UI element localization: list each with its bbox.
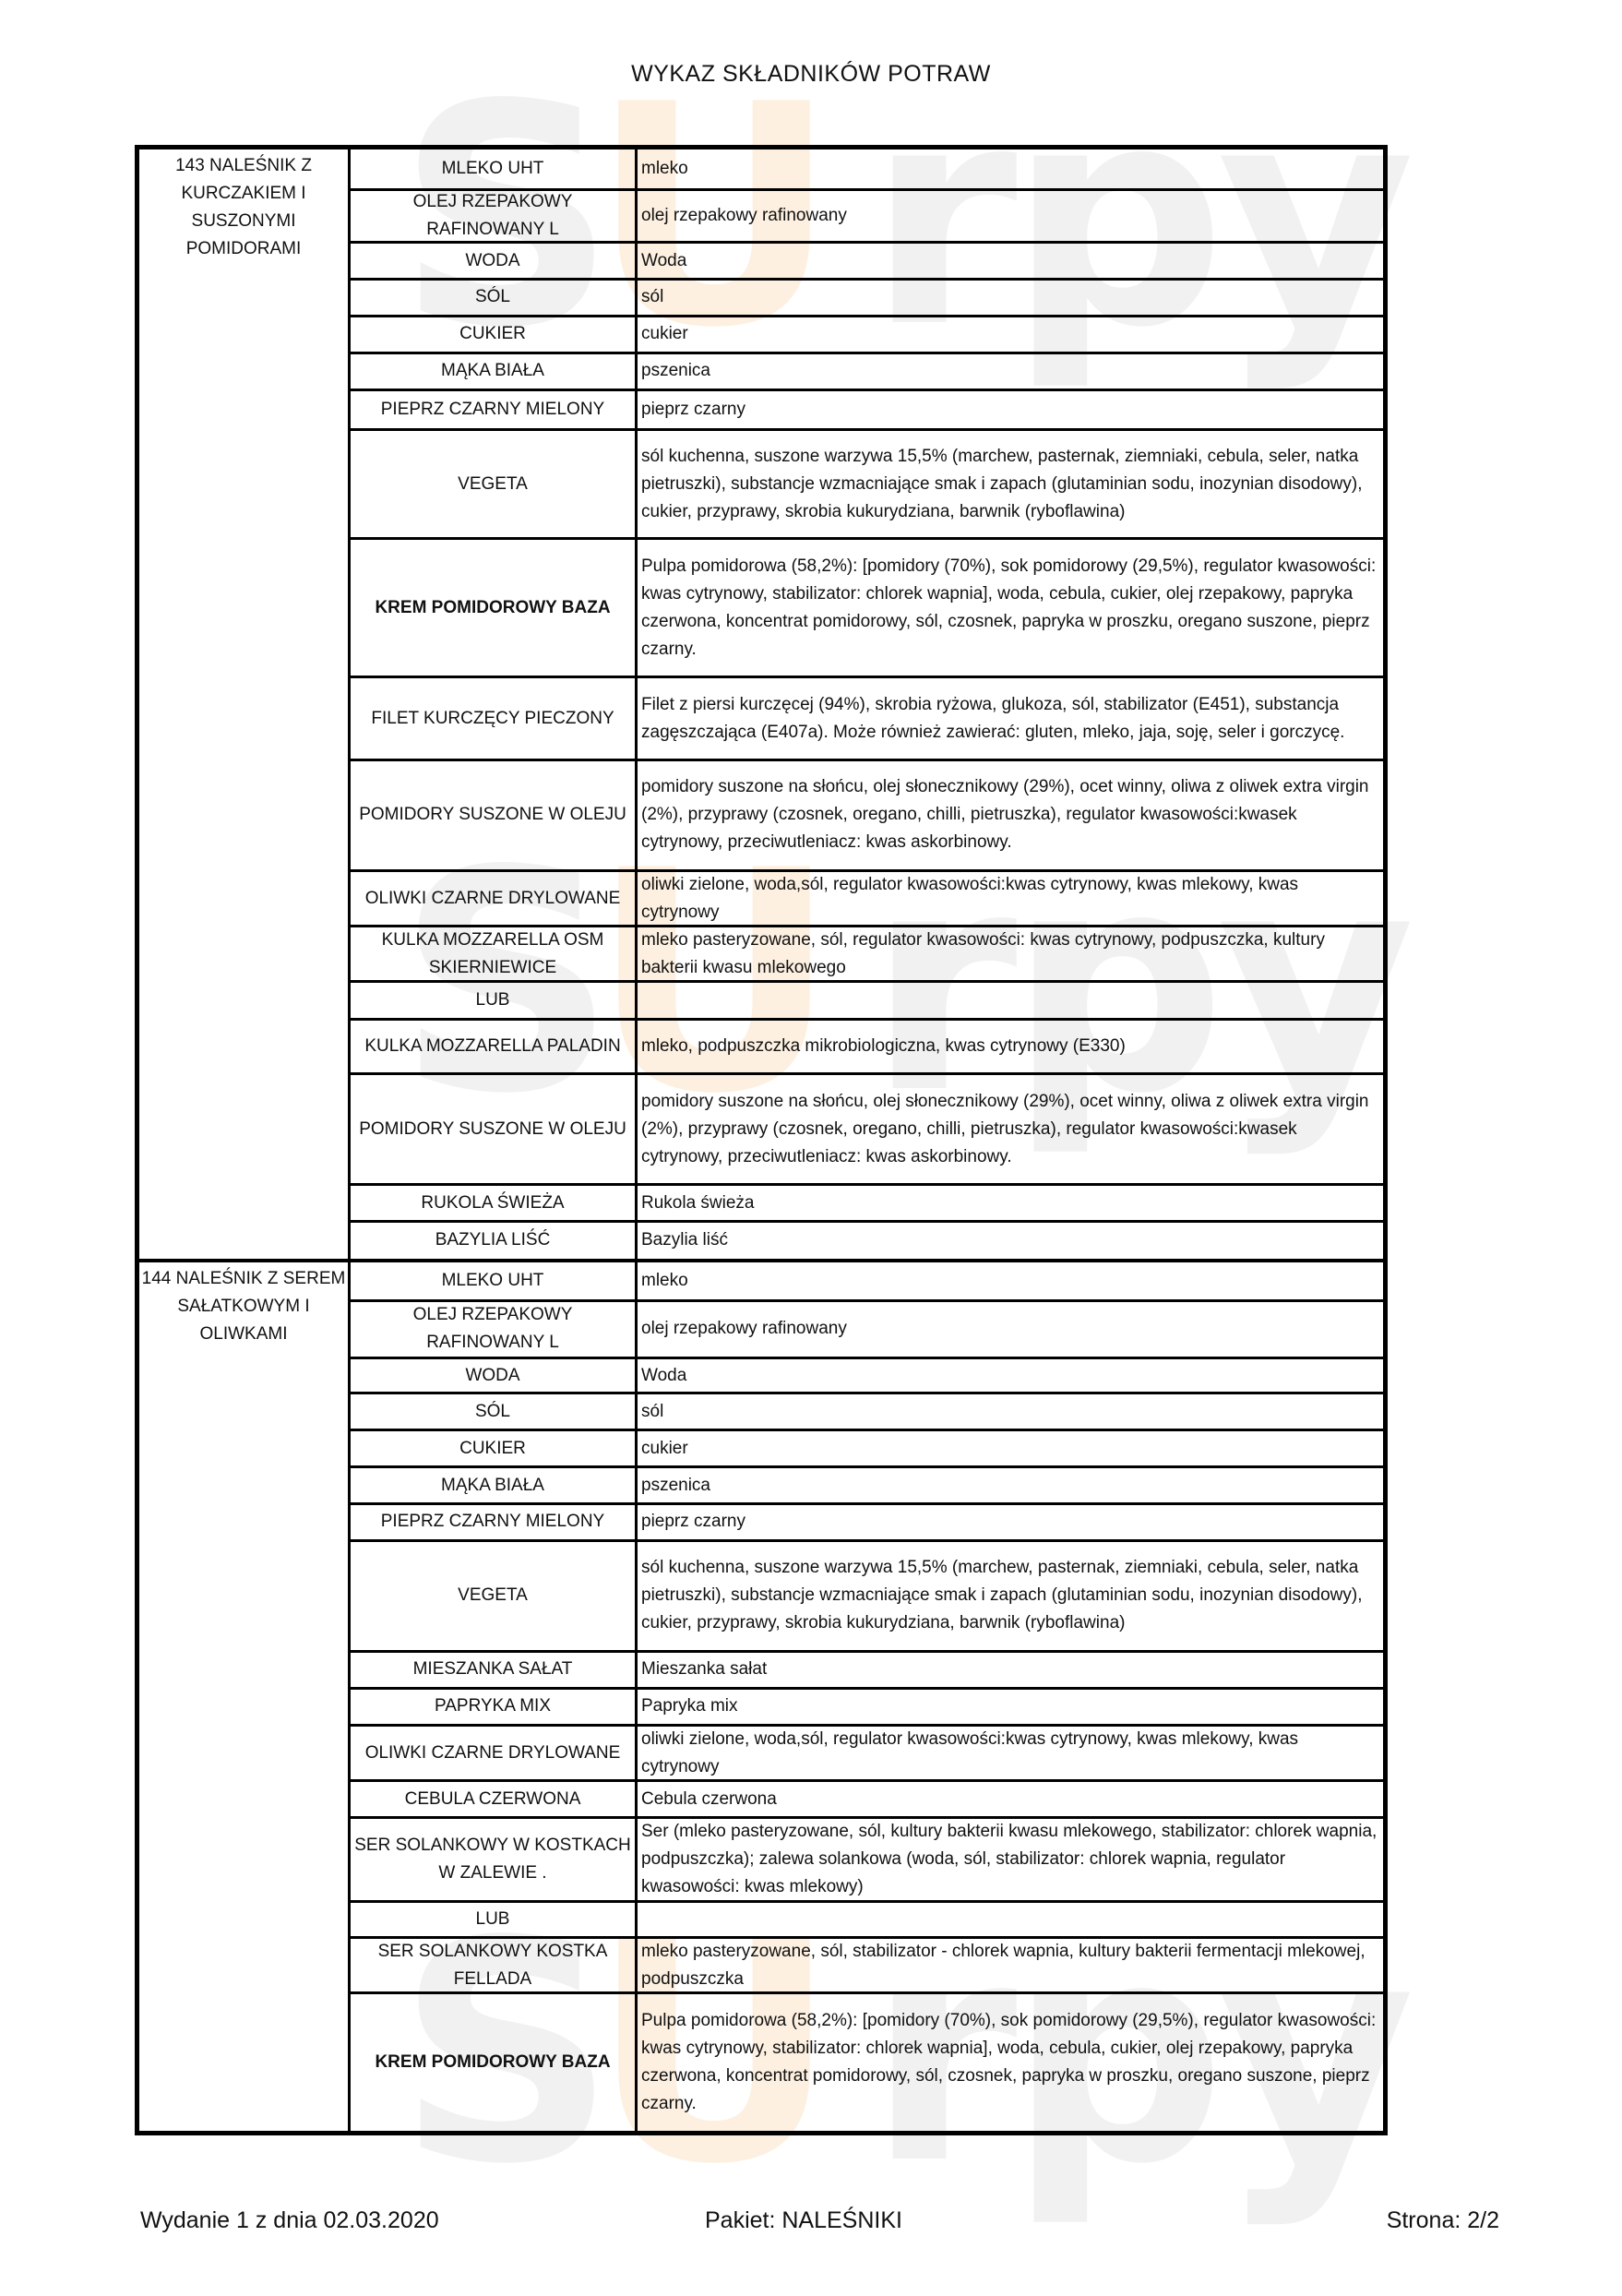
ingredient-row: SÓLsól — [351, 1392, 1383, 1429]
ingredient-name: CUKIER — [351, 1431, 638, 1465]
ingredient-composition: mleko, podpuszczka mikrobiologiczna, kwa… — [638, 1021, 1383, 1072]
ingredient-row: OLIWKI CZARNE DRYLOWANEoliwki zielone, w… — [351, 869, 1383, 926]
ingredient-composition: pieprz czarny — [638, 391, 1383, 428]
ingredient-row: VEGETAsól kuchenna, suszone warzywa 15,5… — [351, 1539, 1383, 1650]
ingredient-name: MĄKA BIAŁA — [351, 354, 638, 389]
ingredient-row: LUB — [351, 1900, 1383, 1935]
ingredients-table: 143 NALEŚNIK Z KURCZAKIEM I SUSZONYMI PO… — [135, 145, 1388, 2135]
ingredient-composition: Mieszanka sałat — [638, 1653, 1383, 1687]
ingredient-composition — [638, 1903, 1383, 1935]
ingredient-row: SÓLsól — [351, 278, 1383, 315]
ingredient-composition: sól kuchenna, suszone warzywa 15,5% (mar… — [638, 431, 1383, 537]
ingredient-row: FILET KURCZĘCY PIECZONYFilet z piersi ku… — [351, 676, 1383, 758]
ingredient-row: SER SOLANKOWY W KOSTKACH W ZALEWIE .Ser … — [351, 1816, 1383, 1900]
package-name: Pakiet: NALEŚNIKI — [705, 2207, 902, 2234]
ingredient-name: CUKIER — [351, 317, 638, 352]
ingredient-composition: cukier — [638, 1431, 1383, 1465]
ingredient-name: MLEKO UHT — [351, 149, 638, 188]
ingredient-name: WODA — [351, 244, 638, 278]
ingredient-name: SER SOLANKOWY KOSTKA FELLADA — [351, 1939, 638, 1992]
ingredient-name: SÓL — [351, 1394, 638, 1429]
ingredient-name: OLIWKI CZARNE DRYLOWANE — [351, 872, 638, 926]
ingredient-name: OLEJ RZEPAKOWY RAFINOWANY L — [351, 1302, 638, 1357]
ingredient-list: MLEKO UHTmlekoOLEJ RZEPAKOWY RAFINOWANY … — [351, 149, 1383, 1259]
ingredient-composition: Bazylia liść — [638, 1223, 1383, 1259]
edition-date: Wydanie 1 z dnia 02.03.2020 — [140, 2207, 439, 2234]
ingredient-name: LUB — [351, 1903, 638, 1935]
ingredient-name: BAZYLIA LIŚĆ — [351, 1223, 638, 1259]
ingredient-row: CEBULA CZERWONACebula czerwona — [351, 1779, 1383, 1816]
ingredient-composition: Papryka mix — [638, 1690, 1383, 1724]
ingredient-name: MLEKO UHT — [351, 1262, 638, 1299]
ingredient-composition: oliwki zielone, woda,sól, regulator kwas… — [638, 1727, 1383, 1780]
ingredient-row: LUB — [351, 980, 1383, 1019]
ingredient-row: KREM POMIDOROWY BAZAPulpa pomidorowa (58… — [351, 1991, 1383, 2130]
ingredient-row: MĄKA BIAŁApszenica — [351, 1465, 1383, 1502]
ingredient-row: POMIDORY SUSZONE W OLEJUpomidory suszone… — [351, 1072, 1383, 1183]
ingredient-row: KULKA MOZZARELLA OSM SKIERNIEWICEmleko p… — [351, 925, 1383, 979]
ingredient-composition: Woda — [638, 244, 1383, 278]
ingredient-composition: mleko pasteryzowane, sól, stabilizator -… — [638, 1939, 1383, 1992]
ingredient-name: PAPRYKA MIX — [351, 1690, 638, 1724]
ingredient-name: VEGETA — [351, 1542, 638, 1650]
ingredient-name: PIEPRZ CZARNY MIELONY — [351, 391, 638, 428]
ingredient-name: RUKOLA ŚWIEŻA — [351, 1186, 638, 1220]
ingredient-name: MIESZANKA SAŁAT — [351, 1653, 638, 1687]
ingredient-composition — [638, 983, 1383, 1019]
ingredient-name: PIEPRZ CZARNY MIELONY — [351, 1505, 638, 1539]
ingredient-name: SÓL — [351, 281, 638, 315]
ingredient-composition: Woda — [638, 1359, 1383, 1392]
ingredient-composition: sól — [638, 1394, 1383, 1429]
ingredient-name: KULKA MOZZARELLA OSM SKIERNIEWICE — [351, 927, 638, 979]
ingredient-composition: pszenica — [638, 1468, 1383, 1502]
ingredient-list: MLEKO UHTmlekoOLEJ RZEPAKOWY RAFINOWANY … — [351, 1262, 1383, 2131]
ingredient-name: WODA — [351, 1359, 638, 1392]
ingredient-row: SER SOLANKOWY KOSTKA FELLADAmleko paster… — [351, 1936, 1383, 1992]
ingredient-composition: Pulpa pomidorowa (58,2%): [pomidory (70%… — [638, 540, 1383, 676]
ingredient-name: MĄKA BIAŁA — [351, 1468, 638, 1502]
ingredient-row: OLIWKI CZARNE DRYLOWANEoliwki zielone, w… — [351, 1724, 1383, 1780]
ingredient-composition: mleko — [638, 149, 1383, 188]
dish-section: 143 NALEŚNIK Z KURCZAKIEM I SUSZONYMI PO… — [139, 149, 1383, 1259]
ingredient-composition: pomidory suszone na słońcu, olej słonecz… — [638, 761, 1383, 869]
ingredient-name: KREM POMIDOROWY BAZA — [351, 1994, 638, 2130]
ingredient-composition: olej rzepakowy rafinowany — [638, 1302, 1383, 1357]
ingredient-composition: Cebula czerwona — [638, 1782, 1383, 1816]
ingredient-row: OLEJ RZEPAKOWY RAFINOWANY Lolej rzepakow… — [351, 188, 1383, 242]
ingredient-name: KREM POMIDOROWY BAZA — [351, 540, 638, 676]
ingredient-composition: olej rzepakowy rafinowany — [638, 191, 1383, 242]
ingredient-row: VEGETAsól kuchenna, suszone warzywa 15,5… — [351, 428, 1383, 537]
ingredient-row: OLEJ RZEPAKOWY RAFINOWANY Lolej rzepakow… — [351, 1299, 1383, 1357]
dish-section: 144 NALEŚNIK Z SEREM SAŁATKOWYM I OLIWKA… — [139, 1259, 1383, 2131]
ingredient-row: POMIDORY SUSZONE W OLEJUpomidory suszone… — [351, 759, 1383, 869]
ingredient-row: WODAWoda — [351, 241, 1383, 278]
ingredient-composition: cukier — [638, 317, 1383, 352]
ingredient-name: CEBULA CZERWONA — [351, 1782, 638, 1816]
ingredient-name: FILET KURCZĘCY PIECZONY — [351, 678, 638, 758]
ingredient-row: KREM POMIDOROWY BAZAPulpa pomidorowa (58… — [351, 537, 1383, 676]
ingredient-composition: pszenica — [638, 354, 1383, 389]
ingredient-row: MIESZANKA SAŁATMieszanka sałat — [351, 1650, 1383, 1687]
ingredient-row: KULKA MOZZARELLA PALADINmleko, podpuszcz… — [351, 1018, 1383, 1072]
ingredient-name: OLIWKI CZARNE DRYLOWANE — [351, 1727, 638, 1780]
ingredient-name: OLEJ RZEPAKOWY RAFINOWANY L — [351, 191, 638, 242]
ingredient-composition: Pulpa pomidorowa (58,2%): [pomidory (70%… — [638, 1994, 1383, 2130]
ingredient-name: POMIDORY SUSZONE W OLEJU — [351, 1075, 638, 1183]
ingredient-row: CUKIERcukier — [351, 315, 1383, 352]
ingredient-name: POMIDORY SUSZONE W OLEJU — [351, 761, 638, 869]
ingredient-name: VEGETA — [351, 431, 638, 537]
ingredient-row: RUKOLA ŚWIEŻARukola świeża — [351, 1183, 1383, 1220]
ingredient-row: PIEPRZ CZARNY MIELONYpieprz czarny — [351, 1502, 1383, 1539]
ingredient-row: BAZYLIA LIŚĆBazylia liść — [351, 1220, 1383, 1259]
ingredient-composition: Ser (mleko pasteryzowane, sól, kultury b… — [638, 1819, 1383, 1900]
ingredient-row: CUKIERcukier — [351, 1429, 1383, 1465]
ingredient-name: SER SOLANKOWY W KOSTKACH W ZALEWIE . — [351, 1819, 638, 1900]
dish-name: 143 NALEŚNIK Z KURCZAKIEM I SUSZONYMI PO… — [139, 149, 351, 1259]
ingredient-row: PAPRYKA MIXPapryka mix — [351, 1687, 1383, 1724]
ingredient-composition: Filet z piersi kurczęcej (94%), skrobia … — [638, 678, 1383, 758]
ingredient-row: MĄKA BIAŁApszenica — [351, 352, 1383, 389]
ingredient-composition: oliwki zielone, woda,sól, regulator kwas… — [638, 872, 1383, 926]
ingredient-row: WODAWoda — [351, 1357, 1383, 1392]
ingredient-row: PIEPRZ CZARNY MIELONYpieprz czarny — [351, 389, 1383, 428]
ingredient-composition: pomidory suszone na słońcu, olej słonecz… — [638, 1075, 1383, 1183]
ingredient-composition: sól kuchenna, suszone warzywa 15,5% (mar… — [638, 1542, 1383, 1650]
ingredient-composition: sól — [638, 281, 1383, 315]
page-number: Strona: 2/2 — [1387, 2207, 1499, 2234]
ingredient-name: KULKA MOZZARELLA PALADIN — [351, 1021, 638, 1072]
ingredient-composition: pieprz czarny — [638, 1505, 1383, 1539]
ingredient-row: MLEKO UHTmleko — [351, 149, 1383, 188]
ingredient-composition: mleko — [638, 1262, 1383, 1299]
dish-name: 144 NALEŚNIK Z SEREM SAŁATKOWYM I OLIWKA… — [139, 1262, 351, 2131]
document-title: WYKAZ SKŁADNIKÓW POTRAW — [0, 61, 1622, 88]
ingredient-composition: mleko pasteryzowane, sól, regulator kwas… — [638, 927, 1383, 979]
ingredient-name: LUB — [351, 983, 638, 1019]
ingredient-composition: Rukola świeża — [638, 1186, 1383, 1220]
ingredient-row: MLEKO UHTmleko — [351, 1262, 1383, 1299]
